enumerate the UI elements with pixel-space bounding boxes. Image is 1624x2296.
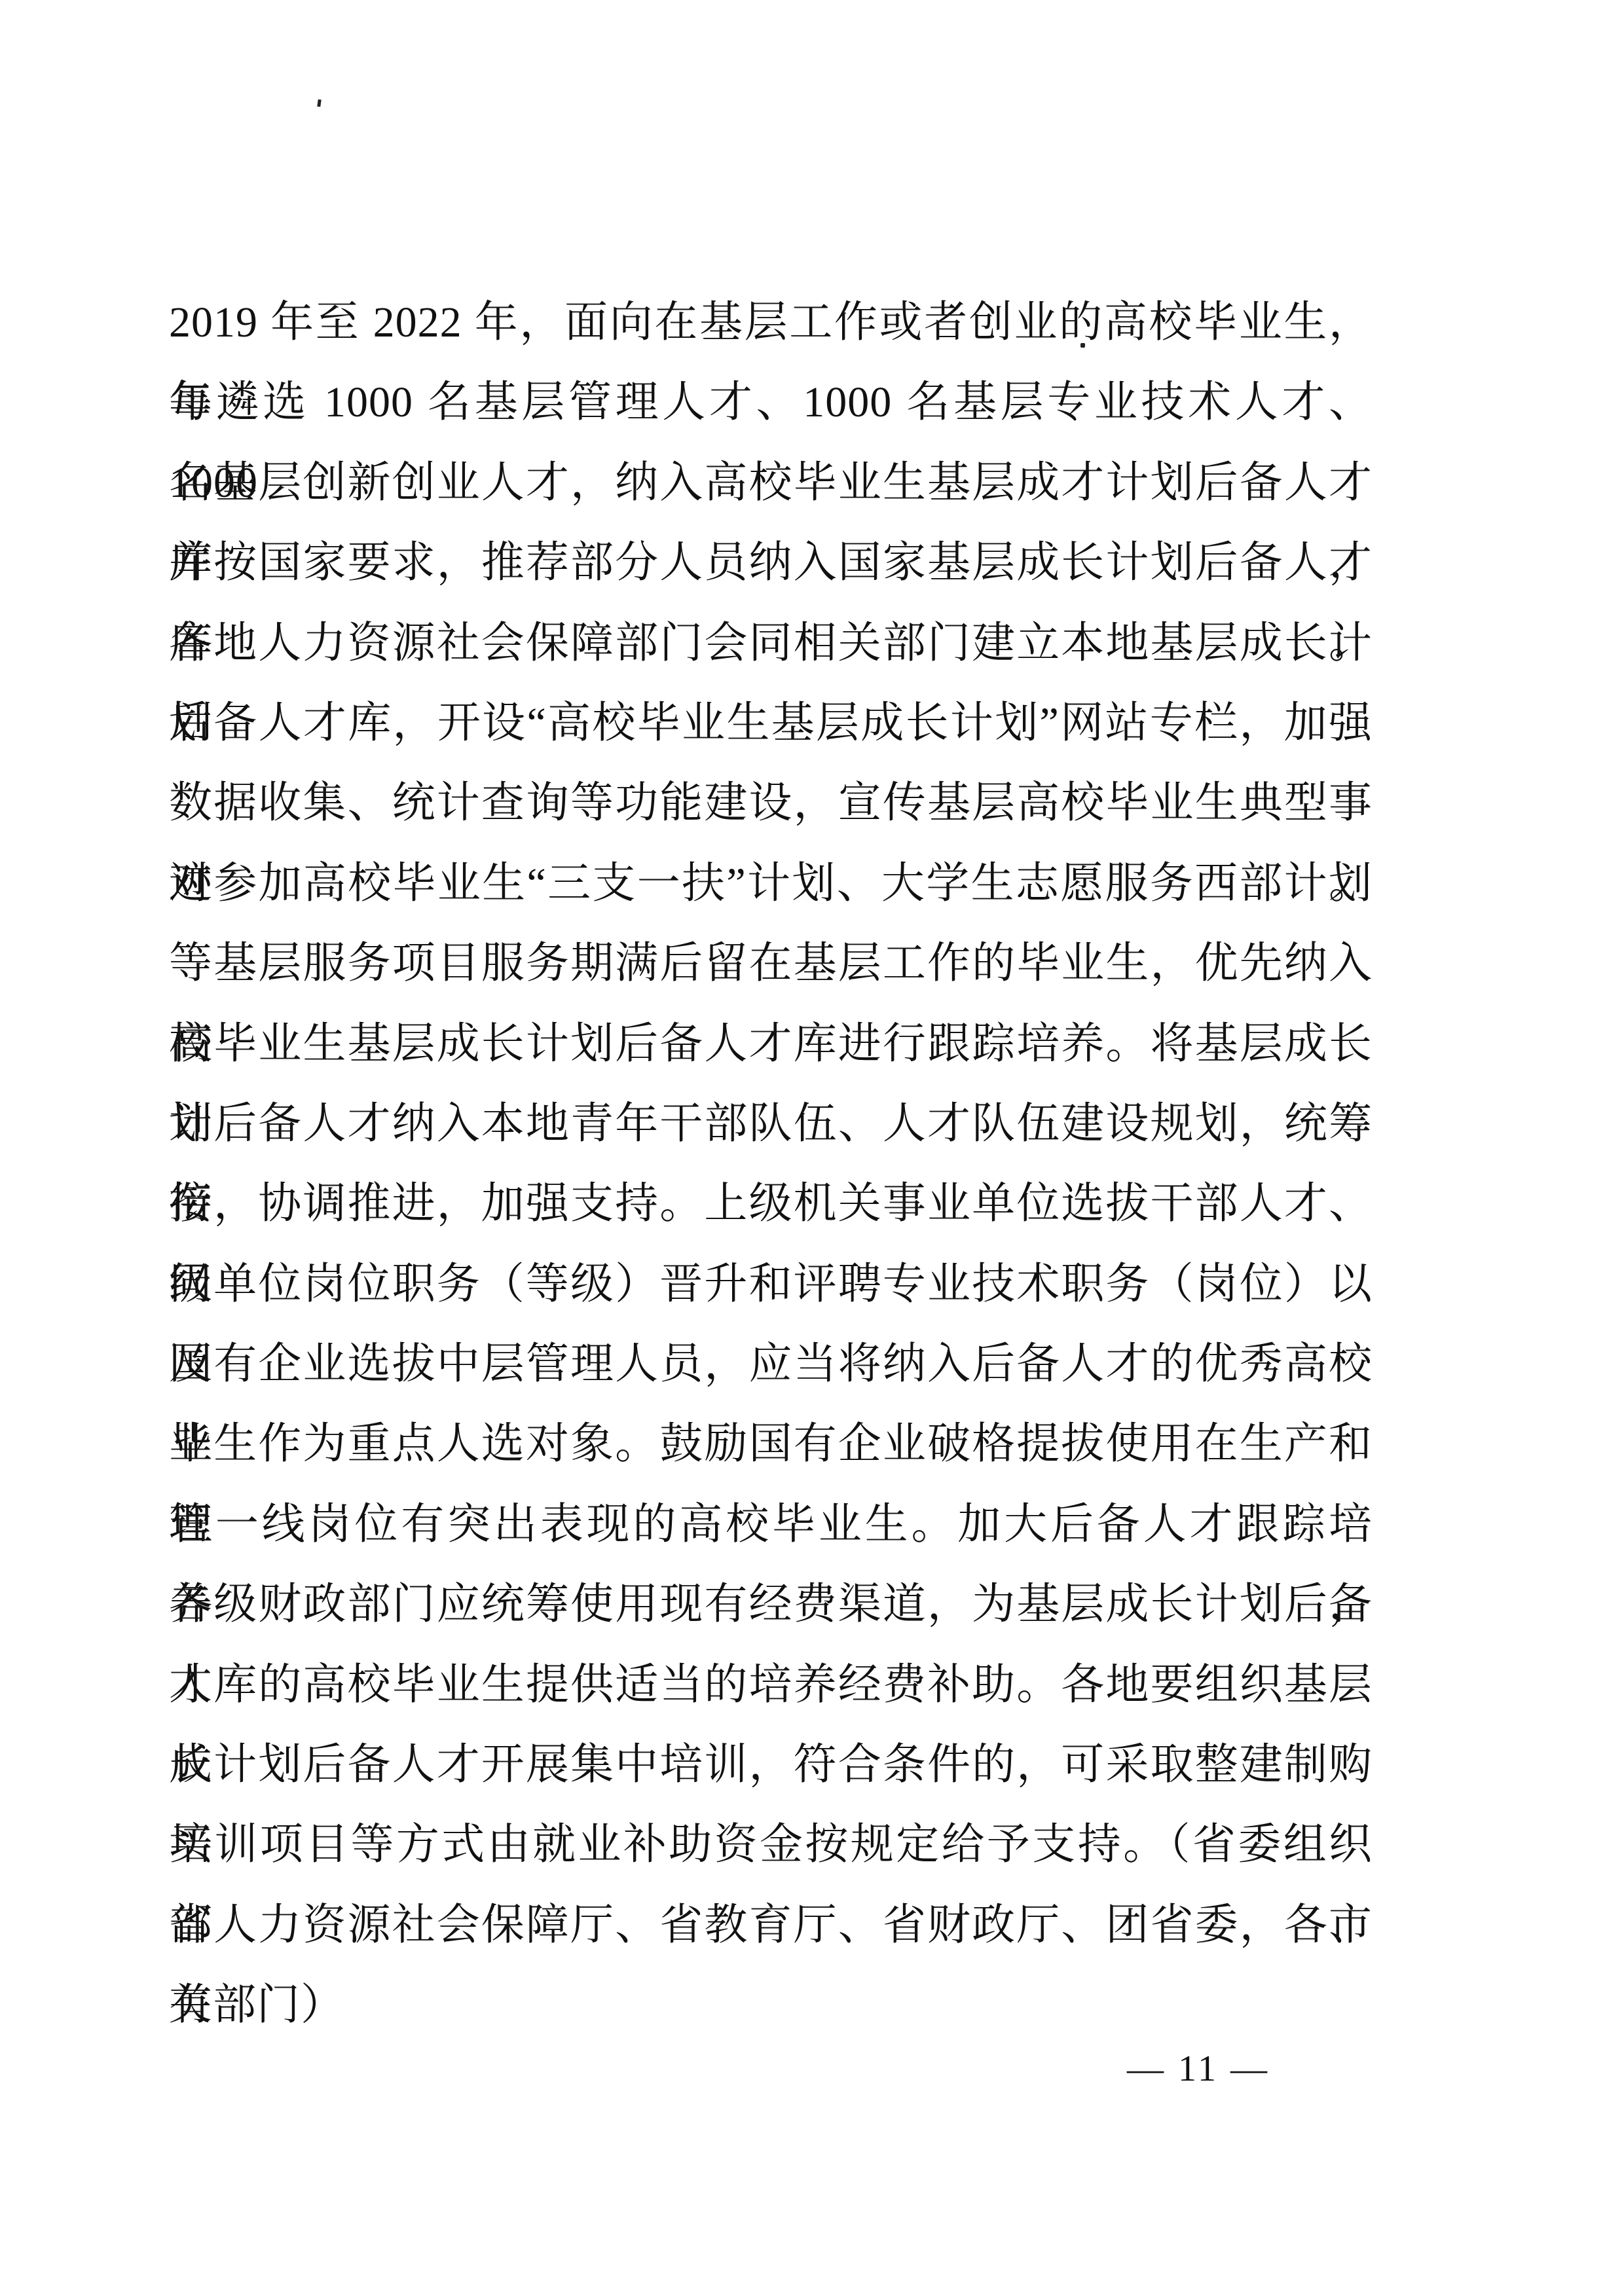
text-line: 接，协调推进，加强支持。上级机关事业单位选拔干部人才、同 [169,1164,1373,1244]
text-line: 各级财政部门应统筹使用现有经费渠道，为基层成长计划后备人 [169,1565,1373,1645]
text-line: 才库的高校毕业生提供适当的培养经费补助。各地要组织基层成 [169,1645,1373,1725]
page-number: — 11 — [1113,2048,1283,2090]
text-line: 后备人才库，开设“高校毕业生基层成长计划”网站专栏，加强 [169,683,1373,763]
text-line: 长计划后备人才开展集中培训，符合条件的，可采取整建制购买 [169,1725,1373,1805]
text-line: 名基层创新创业人才，纳入高校毕业生基层成才计划后备人才库， [169,443,1373,523]
text-line: 数据收集、统计查询等功能建设，宣传基层高校毕业生典型事迹。 [169,763,1373,843]
text-line: 划后备人才纳入本地青年干部队伍、人才队伍建设规划，统筹衔 [169,1084,1373,1164]
text-line: 并按国家要求，推荐部分人员纳入国家基层成长计划后备人才库。 [169,523,1373,603]
scanned-page: 2019 年至 2022 年，面向在基层工作或者创业的高校毕业生，每年遴选 10… [0,0,1624,2296]
body-text-block: 2019 年至 2022 年，面向在基层工作或者创业的高校毕业生，每年遴选 10… [169,283,1373,2046]
text-line: 关部门） [169,1965,1373,2045]
text-line: 省人力资源社会保障厅、省教育厅、省财政厅、团省委，各市有 [169,1886,1373,1965]
text-line: 业生作为重点人选对象。鼓励国有企业破格提拔使用在生产和管 [169,1404,1373,1484]
text-line: 年遴选 1000 名基层管理人才、1000 名基层专业技术人才、1000 [169,363,1373,443]
text-line: 国有企业选拔中层管理人员，应当将纳入后备人才的优秀高校毕 [169,1324,1373,1404]
text-line: 级单位岗位职务（等级）晋升和评聘专业技术职务（岗位）以及 [169,1245,1373,1324]
text-line: 校毕业生基层成长计划后备人才库进行跟踪培养。将基层成长计 [169,1004,1373,1084]
text-line: 培训项目等方式由就业补助资金按规定给予支持。（省委组织部、 [169,1805,1373,1885]
text-line: 等基层服务项目服务期满后留在基层工作的毕业生，优先纳入高 [169,924,1373,1004]
text-line: 2019 年至 2022 年，面向在基层工作或者创业的高校毕业生，每 [169,283,1373,363]
scan-speck [317,100,321,107]
text-line: 理一线岗位有突出表现的高校毕业生。加大后备人才跟踪培养， [169,1485,1373,1565]
text-line: 各地人力资源社会保障部门会同相关部门建立本地基层成长计划 [169,604,1373,683]
text-line: 对参加高校毕业生“三支一扶”计划、大学生志愿服务西部计划 [169,844,1373,924]
